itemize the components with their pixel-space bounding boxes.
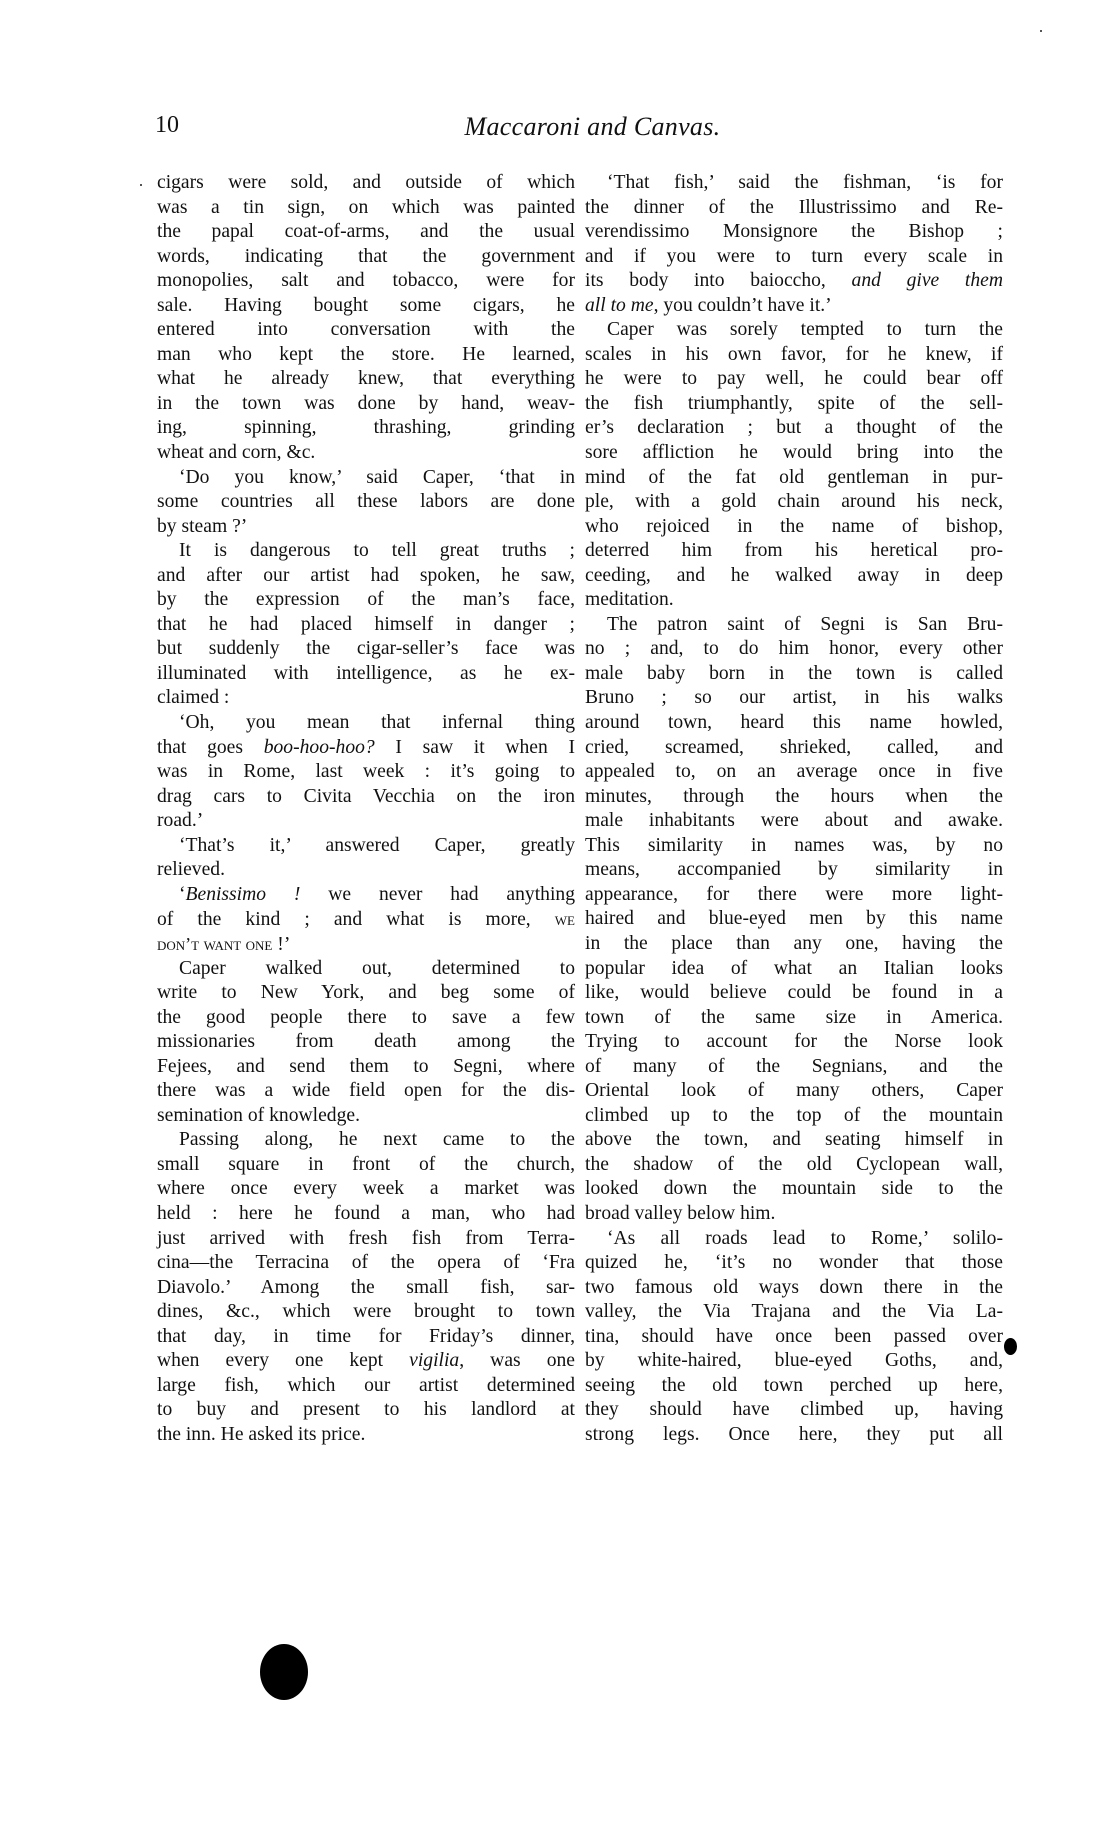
text-line: cina—the Terracina of the opera of ‘Fra <box>157 1251 575 1276</box>
text-line: was in Rome, last week : it’s going to <box>157 760 575 785</box>
text-line: dines, &c., which were brought to town <box>157 1300 575 1325</box>
text-line: The patron saint of Segni is San Bru- <box>585 613 1003 638</box>
text-line: by the expression of the man’s face, <box>157 588 575 613</box>
text-line: the good people there to save a few <box>157 1006 575 1031</box>
text-line: monopolies, salt and tobacco, were for <box>157 269 575 294</box>
text-line: when every one kept vigilia, was one <box>157 1349 575 1374</box>
text-line: Caper was sorely tempted to turn the <box>585 318 1003 343</box>
text-line: small square in front of the church, <box>157 1153 575 1178</box>
text-line: ceeding, and he walked away in deep <box>585 564 1003 589</box>
italic-text: vigilia <box>409 1350 459 1371</box>
text-line: don’t want one !’ <box>157 932 575 957</box>
text-line: This similarity in names was, by no <box>585 834 1003 859</box>
text-line: ‘Benissimo ! we never had anything <box>157 883 575 908</box>
text-line: town of the same size in America. <box>585 1006 1003 1031</box>
text-line: missionaries from death among the <box>157 1030 575 1055</box>
text-line: male baby born in the town is called <box>585 662 1003 687</box>
text-line: that day, in time for Friday’s dinner, <box>157 1325 575 1350</box>
text-line: mind of the fat old gentleman in pur- <box>585 466 1003 491</box>
text-segment: we never had anything <box>300 884 575 905</box>
text-line: scales in his own favor, for he knew, if <box>585 343 1003 368</box>
text-line: ‘As all roads lead to Rome,’ solilo- <box>585 1227 1003 1252</box>
text-line: the fish triumphantly, spite of the sell… <box>585 392 1003 417</box>
italic-text: boo-hoo-hoo? <box>264 737 375 758</box>
text-line: no ; and, to do him honor, every other <box>585 637 1003 662</box>
text-line: wheat and corn, &c. <box>157 441 575 466</box>
text-line: claimed : <box>157 686 575 711</box>
text-line: around town, heard this name howled, <box>585 711 1003 736</box>
small-caps-text: we <box>555 909 575 929</box>
text-line: what he already knew, that everything <box>157 367 575 392</box>
text-line: ‘Oh, you mean that infernal thing <box>157 711 575 736</box>
text-line: like, would believe could be found in a <box>585 981 1003 1006</box>
text-line: means, accompanied by similarity in <box>585 858 1003 883</box>
text-line: above the town, and seating himself in <box>585 1128 1003 1153</box>
left-text-column: cigars were sold, and outside of whichwa… <box>157 171 575 1447</box>
text-line: valley, the Via Trajana and the Via La- <box>585 1300 1003 1325</box>
text-line: appealed to, on an average once in five <box>585 760 1003 785</box>
right-text-column: ‘That fish,’ said the fishman, ‘is forth… <box>585 171 1003 1447</box>
text-line: meditation. <box>585 588 1003 613</box>
text-line: of many of the Segnians, and the <box>585 1055 1003 1080</box>
running-title: Maccaroni and Canvas. <box>155 112 1000 142</box>
text-line: they should have climbed up, having <box>585 1398 1003 1423</box>
text-line: cigars were sold, and outside of which <box>157 171 575 196</box>
text-line: popular idea of what an Italian looks <box>585 957 1003 982</box>
text-line: to buy and present to his landlord at <box>157 1398 575 1423</box>
text-line: but suddenly the cigar-seller’s face was <box>157 637 575 662</box>
text-line: sale. Having bought some cigars, he <box>157 294 575 319</box>
text-line: held : here he found a man, who had <box>157 1202 575 1227</box>
text-line: write to New York, and beg some of <box>157 981 575 1006</box>
text-line: looked down the mountain side to the <box>585 1177 1003 1202</box>
text-line: relieved. <box>157 858 575 883</box>
text-line: by white-haired, blue-eyed Goths, and, <box>585 1349 1003 1374</box>
text-line: large fish, which our artist determined <box>157 1374 575 1399</box>
text-line: the inn. He asked its price. <box>157 1423 575 1448</box>
text-segment: , was one <box>459 1350 575 1371</box>
text-line: Passing along, he next came to the <box>157 1128 575 1153</box>
italic-text: all to me <box>585 295 654 316</box>
ink-blot <box>1004 1338 1017 1355</box>
text-line: some countries all these labors are done <box>157 490 575 515</box>
text-line: ing, spinning, thrashing, grinding <box>157 416 575 441</box>
text-line: two famous old ways down there in the <box>585 1276 1003 1301</box>
text-line: by steam ?’ <box>157 515 575 540</box>
text-line: verendissimo Monsignore the Bishop ; <box>585 220 1003 245</box>
text-line: the papal coat-of-arms, and the usual <box>157 220 575 245</box>
text-line: Bruno ; so our artist, in his walks <box>585 686 1003 711</box>
text-line: ‘That fish,’ said the fishman, ‘is for <box>585 171 1003 196</box>
text-line: that goes boo-hoo-hoo? I saw it when I <box>157 736 575 761</box>
text-line: male inhabitants were about and awake. <box>585 809 1003 834</box>
text-line: there was a wide field open for the dis- <box>157 1079 575 1104</box>
text-line: semination of knowledge. <box>157 1104 575 1129</box>
text-line: where once every week a market was <box>157 1177 575 1202</box>
text-line: just arrived with fresh fish from Terra- <box>157 1227 575 1252</box>
page-header: 10 Maccaroni and Canvas. <box>155 112 1000 142</box>
text-line: he were to pay well, he could bear off <box>585 367 1003 392</box>
text-segment: when every one kept <box>157 1350 409 1371</box>
text-line: drag cars to Civita Vecchia on the iron <box>157 785 575 810</box>
text-line: who rejoiced in the name of bishop, <box>585 515 1003 540</box>
text-line: and if you were to turn every scale in <box>585 245 1003 270</box>
text-line: sore affliction he would bring into the <box>585 441 1003 466</box>
text-line: deterred him from his heretical pro- <box>585 539 1003 564</box>
text-line: er’s declaration ; but a thought of the <box>585 416 1003 441</box>
speck <box>140 184 142 186</box>
text-line: ‘That’s it,’ answered Caper, greatly <box>157 834 575 859</box>
text-line: man who kept the store. He learned, <box>157 343 575 368</box>
text-line: Fejees, and send them to Segni, where <box>157 1055 575 1080</box>
text-line: ‘Do you know,’ said Caper, ‘that in <box>157 466 575 491</box>
text-line: Trying to account for the Norse look <box>585 1030 1003 1055</box>
text-line: was a tin sign, on which was painted <box>157 196 575 221</box>
text-segment: its body into baiocchо, <box>585 270 852 291</box>
text-segment: , you couldn’t have it.’ <box>654 295 832 316</box>
text-line: Oriental look of many others, Caper <box>585 1079 1003 1104</box>
text-line: and after our artist had spoken, he saw, <box>157 564 575 589</box>
text-line: its body into baiocchо, and give them <box>585 269 1003 294</box>
text-segment: !’ <box>272 934 290 955</box>
text-segment: I saw it when I <box>375 737 575 758</box>
text-line: strong legs. Once here, they put all <box>585 1423 1003 1448</box>
small-caps-text: don’t want one <box>157 934 272 954</box>
text-line: the shadow of the old Cyclopean wall, <box>585 1153 1003 1178</box>
text-line: Diavolo.’ Among the small fish, sar- <box>157 1276 575 1301</box>
text-line: minutes, through the hours when the <box>585 785 1003 810</box>
text-line: It is dangerous to tell great truths ; <box>157 539 575 564</box>
text-line: tina, should have once been passed over <box>585 1325 1003 1350</box>
text-line: all to me, you couldn’t have it.’ <box>585 294 1003 319</box>
text-line: seeing the old town perched up here, <box>585 1374 1003 1399</box>
text-line: entered into conversation with the <box>157 318 575 343</box>
text-line: in the place than any one, having the <box>585 932 1003 957</box>
text-segment: of the kind ; and what is more, <box>157 909 555 930</box>
text-line: the dinner of the Illustrissimo and Re- <box>585 196 1003 221</box>
text-line: cried, screamed, shrieked, called, and <box>585 736 1003 761</box>
italic-text: Benissimo ! <box>186 884 301 905</box>
text-segment: that goes <box>157 737 264 758</box>
text-line: that he had placed himself in danger ; <box>157 613 575 638</box>
text-line: quized he, ‘it’s no wonder that those <box>585 1251 1003 1276</box>
text-line: climbed up to the top of the mountain <box>585 1104 1003 1129</box>
text-line: appearance, for there were more light- <box>585 883 1003 908</box>
ink-blot <box>260 1644 308 1700</box>
text-line: broad valley below him. <box>585 1202 1003 1227</box>
text-line: in the town was done by hand, weav- <box>157 392 575 417</box>
text-line: haired and blue-eyed men by this name <box>585 907 1003 932</box>
text-line: road.’ <box>157 809 575 834</box>
speck <box>1040 30 1042 32</box>
text-line: words, indicating that the government <box>157 245 575 270</box>
text-line: illuminated with intelligence, as he ex- <box>157 662 575 687</box>
italic-text: and give them <box>852 270 1003 291</box>
text-line: of the kind ; and what is more, we <box>157 907 575 932</box>
text-line: Caper walked out, determined to <box>157 957 575 982</box>
text-line: ple, with a gold chain around his neck, <box>585 490 1003 515</box>
